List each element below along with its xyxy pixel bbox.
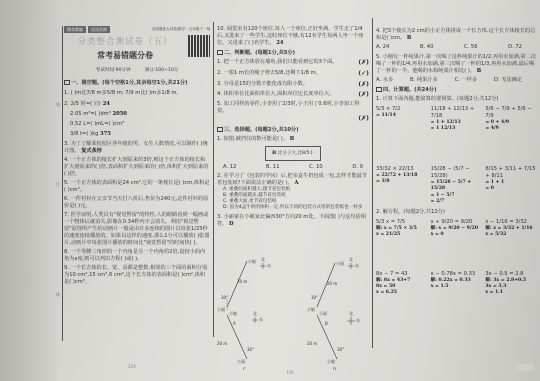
column-divider-right xyxy=(372,18,373,348)
fill-item-8: 8. 一个等腰三角形的一个内角是另一个内角的2倍,设较小的内角为x度,则可以列出… xyxy=(64,249,210,263)
equation: x − 1/16 = 3/32 解: x = 3/32 + 1/16 x = 5… xyxy=(485,219,536,269)
fill-item-10: 10. 阅览室有120个座位,每人一个座位,正好坐满。学生走了1/4后,又进来了… xyxy=(217,26,369,47)
svg-text:B: B xyxy=(325,321,328,326)
equation: x − 0.78x = 0.33 解: 0.22x = 0.33 x = 1.5 xyxy=(431,271,482,297)
choice-q4: 4. 把3个棱长为2 cm的小正方体拼成一个长方体,这个长方体棱长的总和是( )… xyxy=(376,28,536,42)
handwritten-step: = 0 xyxy=(485,186,536,192)
section-title-text: 二、判断题。(每题1分,共5分) xyxy=(224,50,295,56)
handwritten-answer: 2050 xyxy=(112,111,126,117)
svg-text:20 m: 20 m xyxy=(237,279,247,284)
item-text: 如图,被挡住的数可能是( )。 xyxy=(224,136,288,142)
judge-item: 1. 把一个正方体放在墙角,我们只能看到它的3个面。 (✗) xyxy=(217,59,369,67)
calc-problem: 8/15 + 3/11 + 7/15 + 8/11 = 1 + 1 = 0 xyxy=(485,166,536,205)
judge-mark: (✓) xyxy=(358,70,369,78)
handwritten-step: = 2/7 xyxy=(431,199,482,205)
mark-value: ✗ xyxy=(361,115,366,122)
item-text: 体积单位比面积单位大,面积单位比长度单位大。 xyxy=(224,91,335,97)
svg-text:小丽: 小丽 xyxy=(336,260,344,266)
equation: 3x − 0.5 = 2.8 解: 3x = 2.8+0.5 3x = 3.3 … xyxy=(485,271,536,297)
svg-text:东: 东 xyxy=(356,317,360,323)
option: A. 24 xyxy=(376,44,389,51)
item-number: 4. xyxy=(217,91,222,97)
option: C. 一样多 xyxy=(455,77,477,84)
mark-value: ✗ xyxy=(361,81,366,88)
diagram-a: 小敏 小丽 20 m 30° 北东 A xyxy=(217,256,271,326)
direction-diagrams: 小敏 小丽 20 m 30° 北东 A 小丽 小敏 20 m 30° 北东 B … xyxy=(215,255,370,370)
item-text: 一个正方体的表面积是24 cm²,它的一条棱长是( )cm,体积是( )cm³。 xyxy=(64,180,210,193)
middle-column: 10. 阅览室有120个座位,每人一个座位,正好坐满。学生走了1/4后,又进来了… xyxy=(217,26,369,228)
item-number: 2. xyxy=(217,173,222,179)
option: A. 水多 xyxy=(376,77,393,84)
svg-text:北: 北 xyxy=(349,256,353,262)
svg-text:小丽: 小丽 xyxy=(237,358,245,364)
badge: 优选资源 xyxy=(88,26,110,33)
calc-problem: 33/32 × 22/13 = 22/72 + 13/18 = 3/8 xyxy=(376,166,427,205)
svg-text:小丽: 小丽 xyxy=(319,310,327,316)
option: C. 56 xyxy=(464,44,478,51)
equation-text: x + 9/20 = 9/20 xyxy=(431,219,482,226)
judge-mark: (✗) xyxy=(217,115,369,123)
calc-problem: 5/6 − 7/9 + 5/6 − 7/9 = 0 + 4/9 = 4/9 xyxy=(485,106,536,164)
item-number: 8. xyxy=(64,249,69,255)
svg-text:北: 北 xyxy=(349,310,353,316)
choice-q5: 5. 小刚有一杯纯果汁,第一次喝了这杯纯果汁的1/2,再用水加满,第二次喝了一杯… xyxy=(376,54,536,75)
svg-text:D: D xyxy=(333,367,336,370)
handwritten-step: = 11/14 xyxy=(376,113,427,119)
item-number: 1. xyxy=(217,136,222,142)
section-icon xyxy=(217,50,223,55)
item-number: 3. xyxy=(217,214,222,220)
svg-text:东: 东 xyxy=(259,316,263,322)
svg-text:东: 东 xyxy=(267,262,271,268)
choice-q2: 2. 在学习了《包装的学问》后,把多盒牛奶包成一包,怎样才能最节省包装纸?下面说… xyxy=(217,173,369,187)
fill-item-2d: 3/8 t=( )kg 375 xyxy=(64,131,210,138)
section-title-text: 一、填空题。(每个空格1分,其余每空1分,共21分) xyxy=(71,80,188,86)
binding-mark: 装 xyxy=(56,102,60,108)
handwritten-answer: B xyxy=(407,35,411,41)
box-text: 比分子大,比8/5小 xyxy=(278,151,314,156)
handwritten-step: x = 21/25 xyxy=(376,232,427,238)
option: D. 因为4盒牛奶的体积一定,所以不同的包装方式用的包装纸也一样多 xyxy=(223,205,369,211)
qr-code-icon[interactable] xyxy=(188,35,210,57)
svg-text:30°: 30° xyxy=(337,347,344,352)
section-fill-blank-title: 一、填空题。(每个空格1分,其余每空1分,共21分) xyxy=(64,80,210,87)
calc-subtitle: 1. 计算下面各题,能简算的要简算。(每题2分,共12分) xyxy=(376,96,536,103)
handwritten-answer: 24 xyxy=(276,40,283,46)
item-text: 在学习了《包装的学问》后,把多盒牛奶包成一包,怎样才能最节省包装纸?下面说法正确… xyxy=(217,173,367,186)
fill-item-7: 7. 医学证明,人类具有"视觉暂留"的特性,人的眼睛看到一幅画或一个物体后就消失… xyxy=(64,212,210,247)
section-icon xyxy=(217,127,223,132)
option: B. 40 xyxy=(420,44,433,51)
handwritten-step: x = 6.25 xyxy=(376,290,427,296)
item-number: 3. xyxy=(64,141,69,147)
item-text: 把一个正方体放在墙角,我们只能看到它的3个面。 xyxy=(224,59,338,65)
choice-q1: 1. 如图,被挡住的数可能是( )。 B xyxy=(217,136,369,143)
handwritten-step: x = 5/32 xyxy=(485,232,536,238)
item-number: 1. xyxy=(217,59,222,65)
handwritten-step: = 1 12/13 xyxy=(431,126,482,132)
fill-item-9: 9. 一个长方体的长、宽、高都是整数,相邻的三个面的面积分别为10 cm²,15… xyxy=(64,265,210,286)
judge-item: 4. 体积单位比面积单位大,面积单位比长度单位大。 (✗) xyxy=(217,91,369,99)
section-icon xyxy=(64,80,70,85)
item-text: 小丽家在小敏家北偏西30°方向20 m处。下面图( )与这句话相符。 xyxy=(217,214,366,227)
fill-item-6: 6. 一件衬衫在父亲节当天打八折后,售价为240元,这件衬衫的原价是( )元。 xyxy=(64,196,210,210)
item-text: 阅览室有120个座位,每人一个座位,正好坐满。学生走了1/4后,又进来了一些学生… xyxy=(217,26,363,46)
equations: 5/3 x = 7/5 解: x = 7/5 × 3/5 x = 21/25 x… xyxy=(376,219,536,297)
item-number: 3. xyxy=(217,81,222,87)
fill-item-4: 4. 一个正方体的棱长扩大到原来的3倍,则这个正方体的棱长和扩大到原来的( )倍… xyxy=(64,157,210,178)
svg-text:小敏: 小敏 xyxy=(248,258,256,264)
choice-q1-options: A. 12 B. 11 C. 10 D. 9 xyxy=(217,164,369,171)
mark-value: ✗ xyxy=(361,91,366,98)
item-number: 5. xyxy=(217,101,222,107)
item-text: 小刚有一杯纯果汁,第一次喝了这杯纯果汁的1/2,再用水加满,第二次喝了一杯的1/… xyxy=(376,54,536,74)
section-title-text: 三、选择题。(每题2分,共10分) xyxy=(224,127,299,133)
item-number: 4. xyxy=(376,28,381,34)
expression: 5/6 − 7/9 + 5/6 − 7/9 xyxy=(485,106,536,120)
equation-text: 3x − 0.5 = 2.8 xyxy=(485,271,536,278)
section-title-text: 四、计算题。(共24分) xyxy=(383,87,436,93)
page-number-left: 129 xyxy=(128,364,136,369)
fill-item-1: 1. ( )m比7/8 m多5/8 m; 7/9 m比( )m多1/8 m。 xyxy=(64,90,210,97)
mark-value: ✓ xyxy=(361,70,366,77)
item-text: ( )m比7/8 m多5/8 m; 7/9 m比( )m多1/8 m。 xyxy=(71,90,182,96)
mark-value: ✗ xyxy=(361,59,366,66)
option: B. 纯果汁多 xyxy=(410,77,438,84)
expression: 15/28 − (5/7 − 15/28) xyxy=(431,166,482,180)
section-judge-title: 二、判断题。(每题1分,共5分) xyxy=(217,50,369,57)
calc-problem: 15/28 − (5/7 − 15/28) = 15/28 − 5/7 + 15… xyxy=(431,166,482,205)
svg-text:20 m: 20 m xyxy=(307,341,317,346)
equation: 5/3 x = 7/5 解: x = 7/5 × 3/5 x = 21/25 xyxy=(376,219,427,269)
svg-text:小丽: 小丽 xyxy=(217,306,225,312)
equation: x + 9/20 = 9/20 解: x = 9/20 − 9/20 x = 0 xyxy=(431,219,482,269)
option: D. 72 xyxy=(508,44,522,51)
item-text: 加工同样的零件,小李用了2/3时,小王用了0.6时,小李加工得快。 xyxy=(217,101,359,114)
choice-q3: 3. 小丽家在小敏家北偏西30°方向20 m处。下面图( )与这句话相符。 D xyxy=(217,214,369,228)
item-number: 9. xyxy=(64,265,69,271)
handwritten-answer: A xyxy=(295,180,299,186)
judge-mark: (✗) xyxy=(358,59,369,67)
choice-q2-options: A. 重叠的面积越大,越节省包装纸 B. 重叠的面越多,越节省包装纸 C. 重叠… xyxy=(217,187,369,212)
option: D. 9 xyxy=(352,164,363,171)
handwritten-answer: 375 xyxy=(100,131,111,137)
equation-text: x − 0.78x = 0.33 xyxy=(431,271,482,278)
handwritten-step: = 4/9 xyxy=(485,126,536,132)
svg-text:东: 东 xyxy=(355,262,359,268)
photo-background: 装 订 线 精英教辅 优选资源 全国通优大试卷|数学 · 五年级下 · RJ 分… xyxy=(0,0,540,381)
handwritten-step: x = 1.5 xyxy=(431,284,482,290)
equation-text: x − 1/16 = 3/32 xyxy=(485,219,536,226)
watermark-tag xyxy=(516,364,534,371)
item-text: 一根1 m长的绳子剪去5/8,还剩下1/8 m。 xyxy=(224,70,321,76)
svg-text:C: C xyxy=(243,367,246,370)
svg-text:20 m: 20 m xyxy=(217,341,227,346)
item-text: 2/5 时=( )分 xyxy=(71,101,101,107)
handwritten-answer: D xyxy=(229,221,234,227)
section-choice-title: 三、选择题。(每题2分,共10分) xyxy=(217,127,369,134)
series-line: 全国通优大试卷|数学 · 五年级下 · RJ xyxy=(152,27,210,32)
equation-subtitle: 2. 解方程。(每题2分,共12分) xyxy=(376,209,536,216)
handwritten-answer: B xyxy=(477,68,481,74)
item-number: 2. xyxy=(217,70,222,76)
exam-subtitle: 常考易错题分卷 xyxy=(64,51,186,62)
fill-item-3: 3. 为了了解某校校区各年级的男、女生人数情况,可以制作( )统计图。 复式条形 xyxy=(64,141,210,155)
item-text: 医学证明,人类具有"视觉暂留"的特性,人的眼睛看到一幅画或一个物体后就消失,影像… xyxy=(64,212,210,246)
equation-text: 5/3 x = 7/5 xyxy=(376,219,427,226)
covered-number-box: B 比分子大,比8/5小 xyxy=(265,146,321,161)
item-number: 6. xyxy=(64,196,69,202)
item-number: 7. xyxy=(64,212,69,218)
item-text: 0.52 L=( )mL=( )cm³ xyxy=(70,121,124,127)
item-text: 一个正方体的棱长扩大到原来的3倍,则这个正方体的棱长和扩大到原来的( )倍,表面… xyxy=(64,157,208,177)
column-divider-mid xyxy=(213,22,214,337)
section-icon xyxy=(376,87,382,92)
item-number: 5. xyxy=(64,180,69,186)
badge: 精英教辅 xyxy=(64,26,86,33)
page-shadow xyxy=(0,0,60,381)
handwritten-step: x = 1.1 xyxy=(485,290,536,296)
fill-item-2b: 2.05 m³=( )dm³ 2050 xyxy=(64,111,210,118)
handwritten-step: x = 0 xyxy=(431,232,482,238)
item-text: 一个长方体的长、宽、高都是整数,相邻的三个面的面积分别为10 cm²,15 cm… xyxy=(64,265,207,285)
header-badges: 精英教辅 优选资源 xyxy=(64,26,110,33)
judge-item: 2. 一根1 m长的绳子剪去5/8,还剩下1/8 m。 (✓) xyxy=(217,70,369,78)
expression: 11/18 + 12/13 + 7/18 xyxy=(431,106,482,120)
judge-item: 3. 分母是15的分数不能化成有限小数。 (✗) xyxy=(217,81,369,89)
page-number-middle: 130 xyxy=(286,370,294,375)
item-text: 一件衬衫在父亲节当天打八折后,售价为240元,这件衬衫的原价是( )元。 xyxy=(64,196,208,209)
item-text: 一个等腰三角形的一个内角是另一个内角的2倍,设较小的内角为x度,则可以列出方程(… xyxy=(64,249,205,262)
svg-text:30°: 30° xyxy=(247,347,254,352)
left-column: 精英教辅 优选资源 全国通优大试卷|数学 · 五年级下 · RJ 分类整合测试卷… xyxy=(64,26,210,286)
fill-item-2: 2. 2/5 时=( )分 24 xyxy=(64,101,210,108)
item-number: 5. xyxy=(376,54,381,60)
handwritten-step: = 15/28 − 5/7 + 15/28 xyxy=(431,180,482,192)
option: A. 12 xyxy=(223,164,236,171)
option: C. 10 xyxy=(309,164,323,171)
fill-item-2c: 0.52 L=( )mL=( )cm³ xyxy=(64,121,210,128)
item-text: 分母是15的分数不能化成有限小数。 xyxy=(224,81,308,87)
column-divider-left xyxy=(62,26,63,341)
fill-item-5: 5. 一个正方体的表面积是24 cm²,它的一条棱长是( )cm,体积是( )c… xyxy=(64,180,210,194)
choice-q4-options: A. 24 B. 40 C. 56 D. 72 xyxy=(376,44,536,51)
svg-text:小敏: 小敏 xyxy=(307,306,315,312)
handwritten-answer: 复式条形 xyxy=(81,148,102,154)
section-calc-title: 四、计算题。(共24分) xyxy=(376,87,536,94)
svg-text:30°: 30° xyxy=(221,295,228,300)
item-number: 2. xyxy=(64,101,69,107)
judge-item: 5. 加工同样的零件,小李用了2/3时,小王用了0.6时,小李加工得快。 (✗) xyxy=(217,101,369,123)
diagram-d: 小丽 小敏 20 m 30° 北东 D xyxy=(307,310,360,370)
choice-q5-options: A. 水多 B. 纯果汁多 C. 一样多 D. 无法确定 xyxy=(376,77,536,84)
item-number: 4. xyxy=(64,157,69,163)
calc-problem: 5/3 × 7/2 = 11/14 xyxy=(376,106,427,164)
right-column: 4. 把3个棱长为2 cm的小正方体拼成一个长方体,这个长方体棱长的总和是( )… xyxy=(376,28,536,297)
item-number: 1. xyxy=(64,90,69,96)
equation-text: 8x − 7 = 43 xyxy=(376,271,427,278)
svg-text:北: 北 xyxy=(261,256,265,262)
judge-mark: (✗) xyxy=(358,81,369,89)
svg-text:小敏: 小敏 xyxy=(229,310,237,316)
handwritten-answer: 24 xyxy=(103,101,110,107)
item-text: 3/8 t=( )kg xyxy=(70,131,98,137)
svg-text:30°: 30° xyxy=(311,295,318,300)
handwritten-answer: B xyxy=(290,136,294,142)
diagram-c: 小敏 小丽 20 m 30° 北东 C xyxy=(217,310,263,370)
item-text: 2.05 m³=( )dm³ xyxy=(70,111,111,117)
option: D. 无法确定 xyxy=(494,77,522,84)
exam-title: 分类整合测试卷（五） xyxy=(64,37,186,48)
equation: 8x − 7 = 43 解: 8x = 43+7 8x = 50 x = 6.2… xyxy=(376,271,427,297)
option: B. 11 xyxy=(266,164,279,171)
svg-text:A: A xyxy=(233,321,236,326)
svg-text:北: 北 xyxy=(253,310,257,316)
exam-time: 考试时间:90分钟 xyxy=(96,68,131,74)
item-text: 把3个棱长为2 cm的小正方体拼成一个长方体,这个长方体棱长的总和是( )cm。 xyxy=(376,28,535,41)
judge-mark: (✗) xyxy=(358,91,369,99)
full-score: 满分:100+10分 xyxy=(145,68,179,74)
svg-text:小敏: 小敏 xyxy=(327,358,335,364)
item-number: 10. xyxy=(217,26,225,32)
binding-mark: 订 xyxy=(56,182,60,188)
handwritten-step: = 3/8 xyxy=(376,179,427,185)
binding-mark: 线 xyxy=(56,292,60,298)
calc-problems: 5/3 × 7/2 = 11/14 11/18 + 12/13 + 7/18 =… xyxy=(376,106,536,205)
expression: 8/15 + 3/11 + 7/15 + 8/11 xyxy=(485,166,536,180)
calc-problem: 11/18 + 12/13 + 7/18 = 1 + 12/13 = 1 12/… xyxy=(431,106,482,164)
svg-text:20 m: 20 m xyxy=(327,281,337,286)
